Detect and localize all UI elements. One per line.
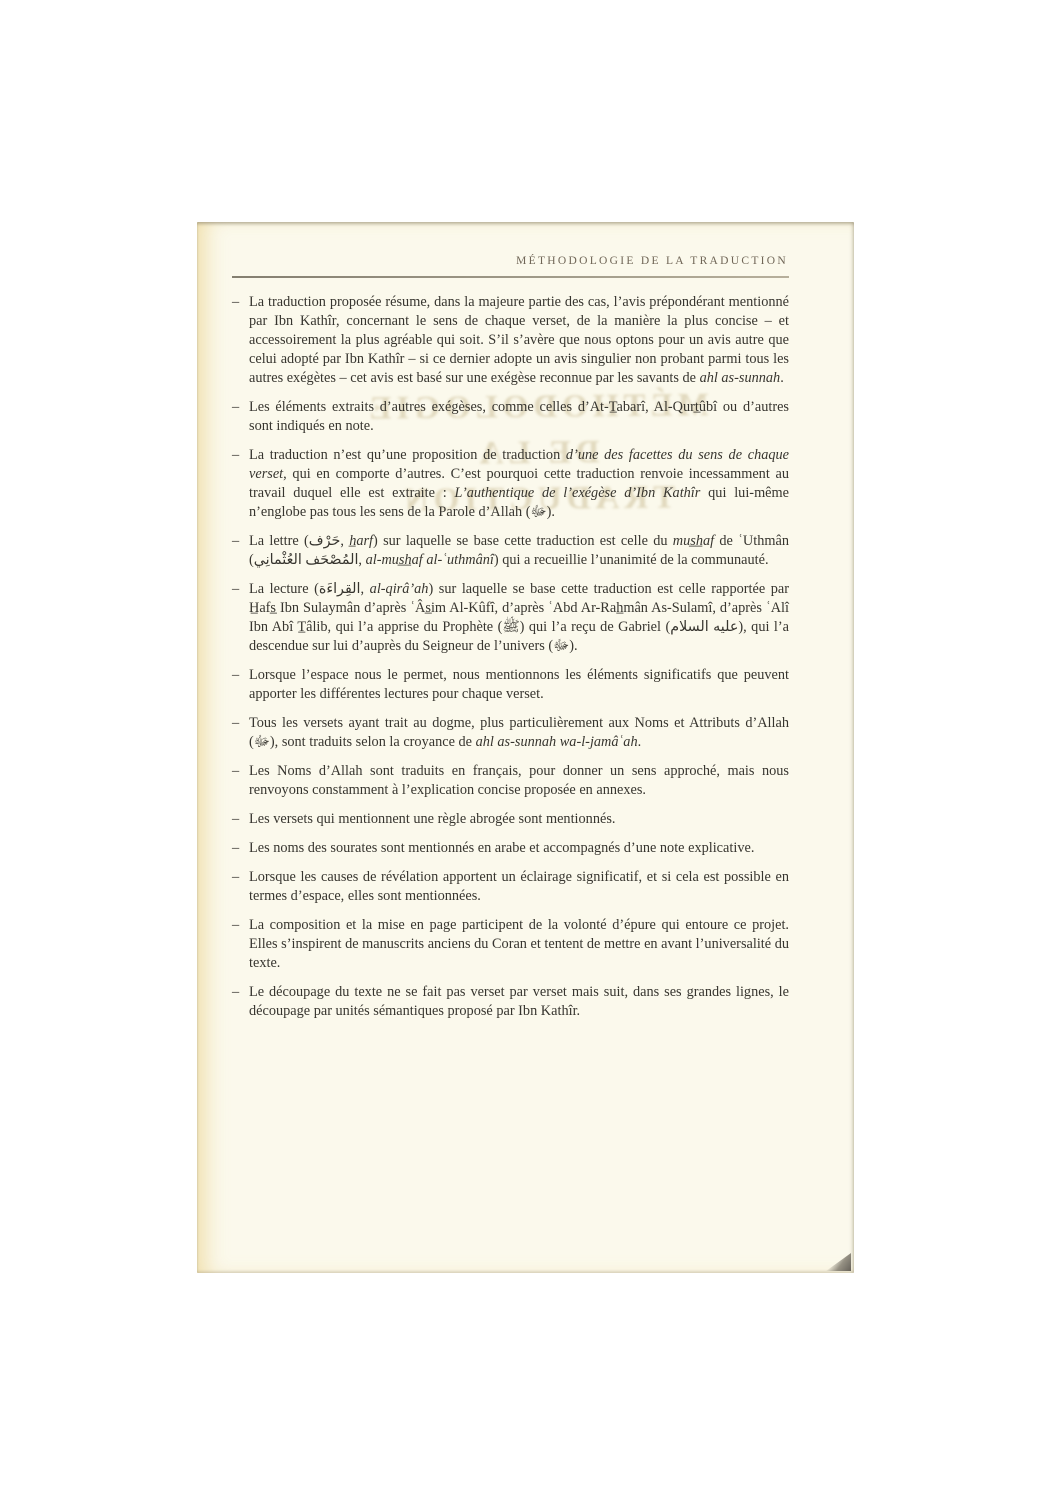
bullet-dash-marker: –	[232, 839, 239, 858]
bullet-text: La traduction n’est qu’une proposition d…	[249, 447, 789, 520]
bullet-item: – Lorsque l’espace nous le permet, nous …	[232, 666, 789, 704]
bullet-text: Les éléments extraits d’autres exégèses,…	[249, 399, 789, 434]
bullet-text: La traduction proposée résume, dans la m…	[249, 294, 789, 386]
bullet-text: Les versets qui mentionnent une règle ab…	[249, 811, 615, 827]
bullet-text: Les noms des sourates sont mentionnés en…	[249, 840, 754, 856]
bullet-dash-marker: –	[232, 762, 239, 781]
bullet-dash-marker: –	[232, 714, 239, 733]
bullet-item: – Les versets qui mentionnent une règle …	[232, 810, 789, 829]
bullet-item: – Les noms des sourates sont mentionnés …	[232, 839, 789, 858]
bullet-item: – La lettre (حَرْف, h̲arf) sur laquelle …	[232, 532, 789, 570]
bullet-dash-marker: –	[232, 580, 239, 599]
bullet-item: – Les Noms d’Allah sont traduits en fran…	[232, 762, 789, 800]
page-curl-shadow	[826, 1253, 851, 1271]
bullet-dash-marker: –	[232, 446, 239, 465]
bullet-dash-marker: –	[232, 532, 239, 551]
bullet-text: Le découpage du texte ne se fait pas ver…	[249, 984, 789, 1019]
header-rule	[232, 276, 789, 278]
bullet-text: Lorsque les causes de révélation apporte…	[249, 869, 789, 904]
bullet-item: – Lorsque les causes de révélation appor…	[232, 868, 789, 906]
bullet-text: La lecture (القِراءَة, al-qirâ’ah) sur l…	[249, 581, 789, 654]
bullet-item: – Les éléments extraits d’autres exégèse…	[232, 398, 789, 436]
bullet-text: La lettre (حَرْف, h̲arf) sur laquelle se…	[249, 533, 789, 568]
bullet-item: – Le découpage du texte ne se fait pas v…	[232, 983, 789, 1021]
bullet-dash-marker: –	[232, 666, 239, 685]
bullet-dash-marker: –	[232, 916, 239, 935]
bullet-dash-marker: –	[232, 868, 239, 887]
bullet-item: – La traduction n’est qu’une proposition…	[232, 446, 789, 522]
bullet-item: – La traduction proposée résume, dans la…	[232, 293, 789, 388]
page-header-title: MÉTHODOLOGIE DE LA TRADUCTION	[232, 255, 788, 267]
bullet-item: – Tous les versets ayant trait au dogme,…	[232, 714, 789, 752]
screenshot-canvas: MÉTHODOLOGIE DE LA TRADUCTION MÉTHODOLOG…	[0, 0, 1050, 1500]
bullet-dash-marker: –	[232, 810, 239, 829]
bullet-dash-marker: –	[232, 293, 239, 312]
bullet-text: Tous les versets ayant trait au dogme, p…	[249, 715, 789, 750]
bullet-item: – La lecture (القِراءَة, al-qirâ’ah) sur…	[232, 580, 789, 656]
page-scan: MÉTHODOLOGIE DE LA TRADUCTION MÉTHODOLOG…	[197, 222, 854, 1273]
bullet-dash-marker: –	[232, 983, 239, 1002]
bullet-item: – La composition et la mise en page part…	[232, 916, 789, 973]
bullet-text: Lorsque l’espace nous le permet, nous me…	[249, 667, 789, 702]
bullet-dash-marker: –	[232, 398, 239, 417]
bullet-text: La composition et la mise en page partic…	[249, 917, 789, 971]
bullet-list: – La traduction proposée résume, dans la…	[232, 293, 789, 1031]
bullet-text: Les Noms d’Allah sont traduits en frança…	[249, 763, 789, 798]
